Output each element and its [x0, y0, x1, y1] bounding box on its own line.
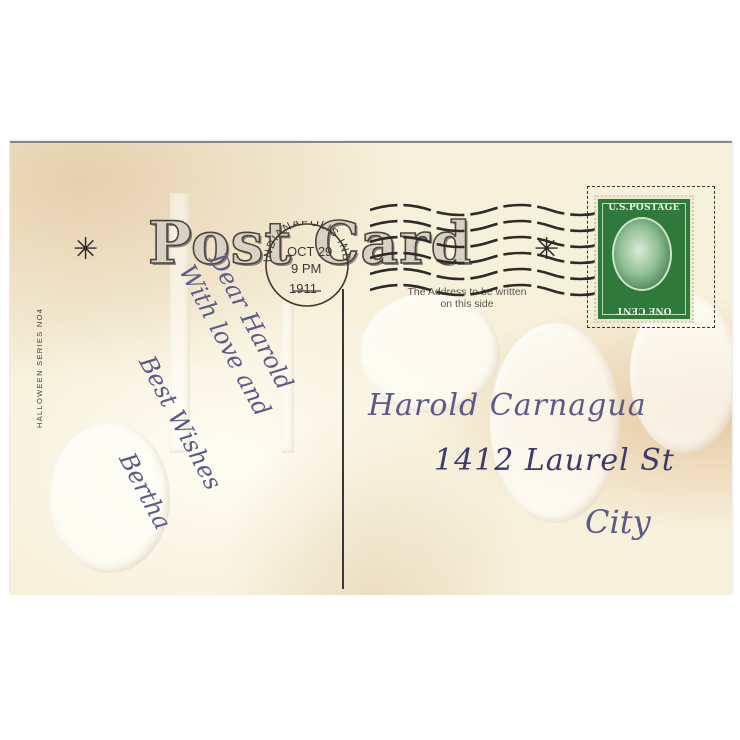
postmark-year: 1911 — [289, 281, 317, 296]
postage-stamp: U.S.POSTAGE ONE CENT — [598, 199, 690, 319]
postcard-back: ✳ ✳ Post Card HALLOWEEN SERIES NO4 The A… — [10, 143, 732, 595]
postmark-time: 9 PM — [291, 261, 321, 276]
series-label-text: HALLOWEEN SERIES NO4 — [35, 308, 44, 428]
series-label: HALLOWEEN SERIES NO4 — [35, 308, 44, 428]
postmark-date: OCT 29 — [287, 244, 332, 259]
franklin-portrait-icon — [612, 217, 672, 291]
cancel-wavy-lines — [370, 198, 610, 313]
address-name: Harold Carnagua — [368, 388, 647, 423]
stamp-top-text: U.S.POSTAGE — [598, 203, 690, 213]
divider-line — [342, 289, 344, 589]
embossed-barrel — [490, 323, 620, 523]
address-street: 1412 Laurel St — [434, 443, 675, 478]
stamp-bottom-text: ONE CENT — [598, 305, 690, 315]
asterisk-icon: ✳ — [73, 235, 98, 265]
address-city: City — [585, 503, 651, 541]
